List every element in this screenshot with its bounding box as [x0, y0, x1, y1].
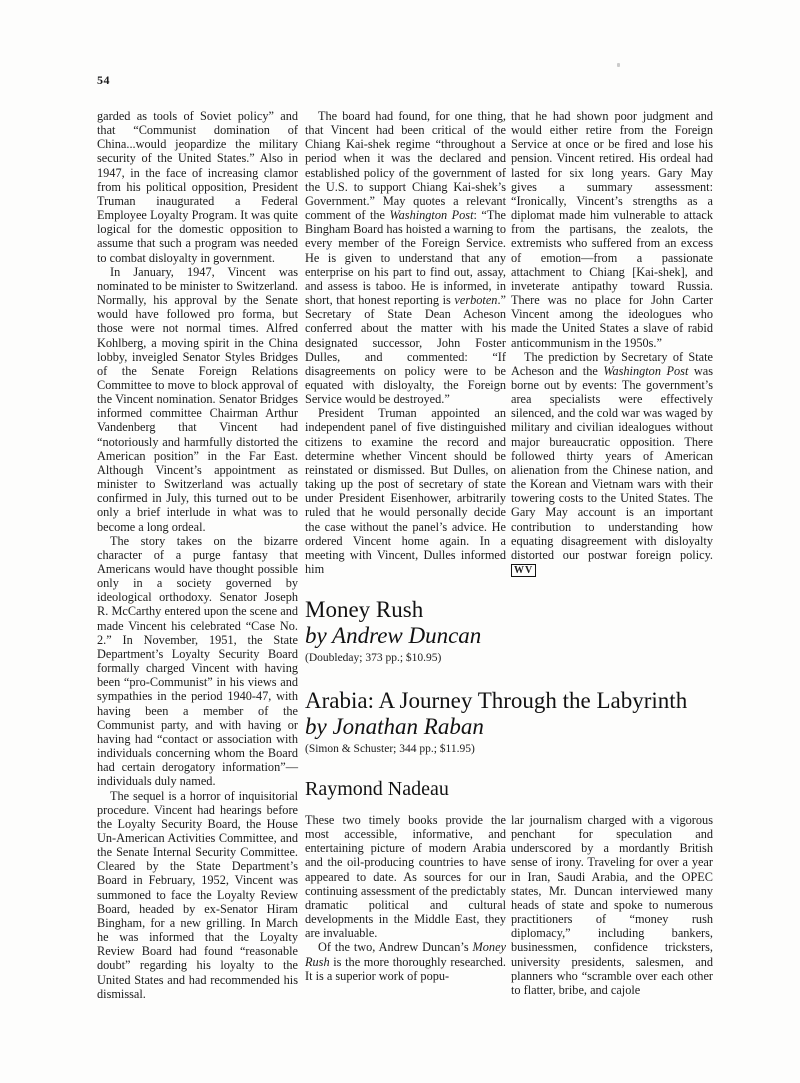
review-paragraph: Of the two, Andrew Duncan’s Money Rush i… — [305, 940, 506, 982]
article-paragraph: President Truman appointed an independen… — [305, 406, 506, 576]
book-heading-arabia: Arabia: A Journey Through the Labyrinth … — [305, 688, 687, 756]
book-publisher-info: (Simon & Schuster; 344 pp.; $11.95) — [305, 743, 687, 756]
reviewer-name: Raymond Nadeau — [305, 778, 449, 800]
book-author-byline: by Jonathan Raban — [305, 714, 687, 740]
book-author-byline: by Andrew Duncan — [305, 623, 481, 649]
article-column-2: The board had found, for one thing, that… — [305, 109, 506, 576]
article-paragraph: The board had found, for one thing, that… — [305, 109, 506, 406]
article-paragraph: The prediction by Secretary of State Ach… — [511, 350, 713, 577]
article-paragraph: garded as tools of Soviet policy” and th… — [97, 109, 298, 265]
article-column-3: that he had shown poor judgment and woul… — [511, 109, 713, 577]
review-column-1: These two timely books provide the most … — [305, 813, 506, 983]
book-heading-money-rush: Money Rush by Andrew Duncan (Doubleday; … — [305, 597, 481, 665]
end-of-article-mark: WV — [511, 564, 536, 577]
magazine-page: 54 garded as tools of Soviet policy” and… — [0, 0, 800, 1083]
article-paragraph: The sequel is a horror of inquisitorial … — [97, 789, 298, 1001]
article-paragraph: The story takes on the bizarre character… — [97, 534, 298, 789]
review-column-2: lar journalism charged with a vigorous p… — [511, 813, 713, 997]
review-paragraph: lar journalism charged with a vigorous p… — [511, 813, 713, 997]
page-number: 54 — [97, 73, 110, 88]
book-title: Money Rush — [305, 597, 481, 623]
book-title: Arabia: A Journey Through the Labyrinth — [305, 688, 687, 714]
book-publisher-info: (Doubleday; 373 pp.; $10.95) — [305, 652, 481, 665]
article-column-1: garded as tools of Soviet policy” and th… — [97, 109, 298, 1001]
article-paragraph-text: The prediction by Secretary of State Ach… — [511, 350, 713, 562]
review-paragraph: These two timely books provide the most … — [305, 813, 506, 940]
article-paragraph: In January, 1947, Vincent was nominated … — [97, 265, 298, 534]
article-paragraph: that he had shown poor judgment and woul… — [511, 109, 713, 350]
scan-speck — [617, 63, 620, 67]
